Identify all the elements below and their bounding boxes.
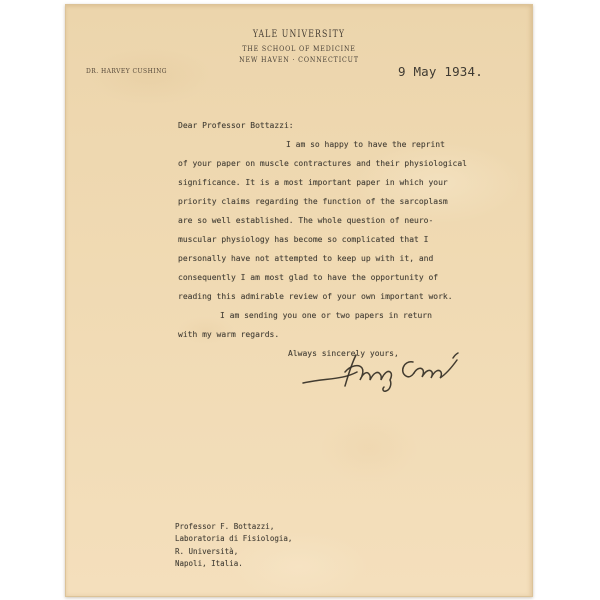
body-line: priority claims regarding the function o… — [178, 192, 508, 211]
signature-harvey-cushing — [300, 348, 472, 400]
body-line: I am sending you one or two papers in re… — [178, 306, 508, 325]
recipient-university: R. Università, — [175, 546, 292, 558]
letter-body: Dear Professor Bottazzi: I am so happy t… — [178, 116, 508, 363]
body-line: muscular physiology has become so compli… — [178, 230, 508, 249]
recipient-institution: Laboratoria di Fisiologia, — [175, 533, 292, 545]
body-line: personally have not attempted to keep up… — [178, 249, 508, 268]
recipient-name: Professor F. Bottazzi, — [175, 521, 292, 533]
letterhead-university: YALE UNIVERSITY — [127, 28, 472, 40]
body-line: consequently I am most glad to have the … — [178, 268, 508, 287]
recipient-address-block: Professor F. Bottazzi, Laboratoria di Fi… — [175, 521, 292, 570]
letterhead-sender-name: DR. HARVEY CUSHING — [86, 67, 167, 75]
salutation: Dear Professor Bottazzi: — [178, 116, 508, 135]
letterhead-school: THE SCHOOL OF MEDICINE — [103, 44, 494, 53]
letterhead-location: NEW HAVEN · CONNECTICUT — [103, 55, 494, 64]
recipient-city: Napoli, Italia. — [175, 558, 292, 570]
letter-document: YALE UNIVERSITY THE SCHOOL OF MEDICINE N… — [65, 4, 533, 597]
body-line: I am so happy to have the reprint — [178, 135, 508, 154]
photo-background: YALE UNIVERSITY THE SCHOOL OF MEDICINE N… — [0, 0, 600, 600]
date-line: 9 May 1934. — [398, 64, 483, 79]
body-line: significance. It is a most important pap… — [178, 173, 508, 192]
body-line: are so well established. The whole quest… — [178, 211, 508, 230]
body-line: of your paper on muscle contractures and… — [178, 154, 508, 173]
body-line: reading this admirable review of your ow… — [178, 287, 508, 306]
body-line: with my warm regards. — [178, 325, 508, 344]
